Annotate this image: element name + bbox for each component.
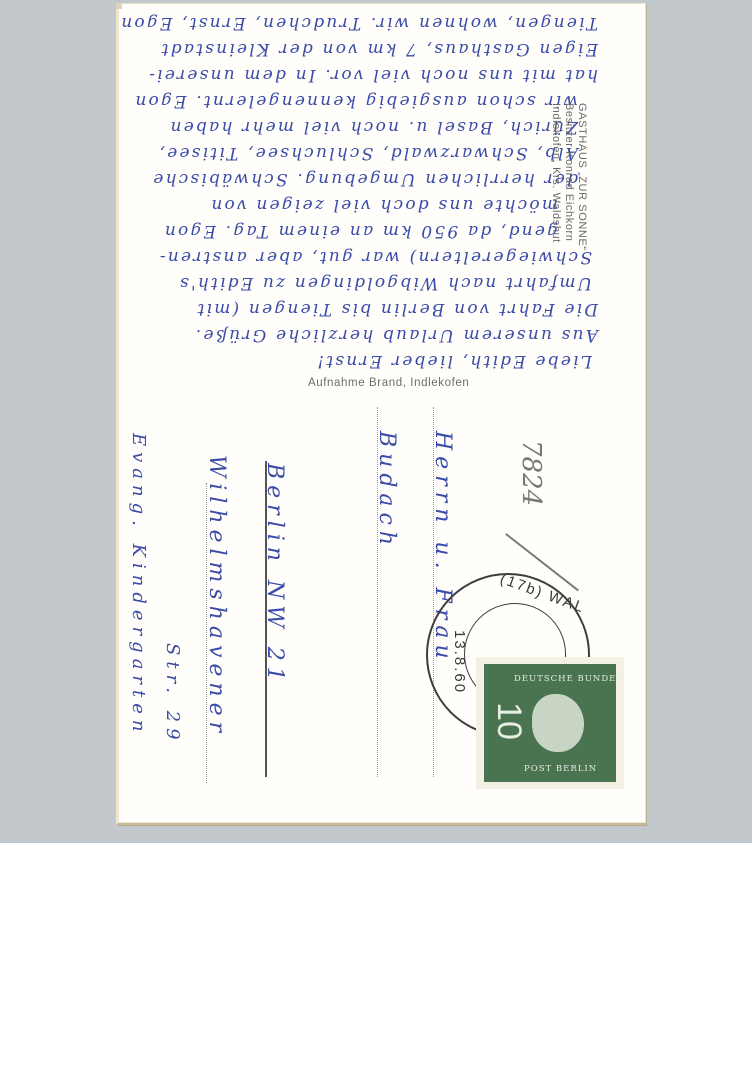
message-line: Alb, Schwarzwald, Schluchsee, Titisee, xyxy=(157,143,578,163)
message-line: der herrlichen Umgebung. Schwäbische xyxy=(151,169,578,189)
postcard: Liebe Edith, lieber Ernst! Aus unserem U… xyxy=(116,3,646,825)
message-line: gend, da 950 km an einem Tag. Egon xyxy=(163,221,558,241)
address-name: Budach xyxy=(374,431,399,551)
message-line: Schwiegereltern) war gut, aber anstren- xyxy=(158,247,592,267)
message-line: Tiengen, wohnen wir. Trudchen, Ernst, Eg… xyxy=(119,13,598,33)
handwritten-message: Liebe Edith, lieber Ernst! Aus unserem U… xyxy=(128,7,598,377)
stamp-face: 10 DEUTSCHE BUNDES POST BERLIN xyxy=(484,664,616,782)
message-line: Eigen Gasthaus, 7 km von der Kleinstadt xyxy=(160,39,598,59)
stamp-portrait xyxy=(532,694,584,752)
publisher-name: GASTHAUS „ZUR SONNE“ xyxy=(575,103,588,251)
message-line: Zürich, Basel u. noch viel mehr haben xyxy=(168,117,578,137)
address-street-number: Str. 29 xyxy=(162,643,183,746)
message-line: wir schon ausgiebig kennengelernt. Egon xyxy=(133,91,578,111)
stamp-text-top: DEUTSCHE BUNDES xyxy=(514,674,623,684)
stamp-text-bottom: POST BERLIN xyxy=(524,764,597,774)
publisher-location: Indlekofen, Krs. Waldshut xyxy=(549,103,562,251)
message-line: möchte uns doch viel zeigen von xyxy=(209,195,558,215)
pencil-note: 7824 xyxy=(516,440,546,506)
postmark-date: 13.8.60 xyxy=(451,630,468,694)
message-line: Liebe Edith, lieber Ernst! xyxy=(315,351,592,371)
postage-stamp: 10 DEUTSCHE BUNDES POST BERLIN xyxy=(476,657,624,789)
address-institution: Evang. Kindergarten xyxy=(128,433,149,738)
message-line: hat mit uns noch viel vor. In dem unsere… xyxy=(147,65,598,85)
address-city: Berlin NW 21 xyxy=(262,463,287,687)
message-line: Die Fahrt von Berlin bis Tiengen (mit xyxy=(195,299,598,319)
photo-credit: Aufnahme Brand, Indlekofen xyxy=(308,377,469,389)
message-line: Umfahrt nach Wibgoldingen zu Edith's xyxy=(178,273,592,293)
message-line: Aus unserem Urlaub herzliche Grüße. xyxy=(194,325,598,345)
publisher-owner: Besitzer Konrad Eichkorn xyxy=(562,103,575,251)
address-street: Wilhelmshavener xyxy=(204,455,229,738)
stamp-value: 10 xyxy=(492,702,526,740)
publisher-imprint: GASTHAUS „ZUR SONNE“ Besitzer Konrad Eic… xyxy=(549,103,588,251)
